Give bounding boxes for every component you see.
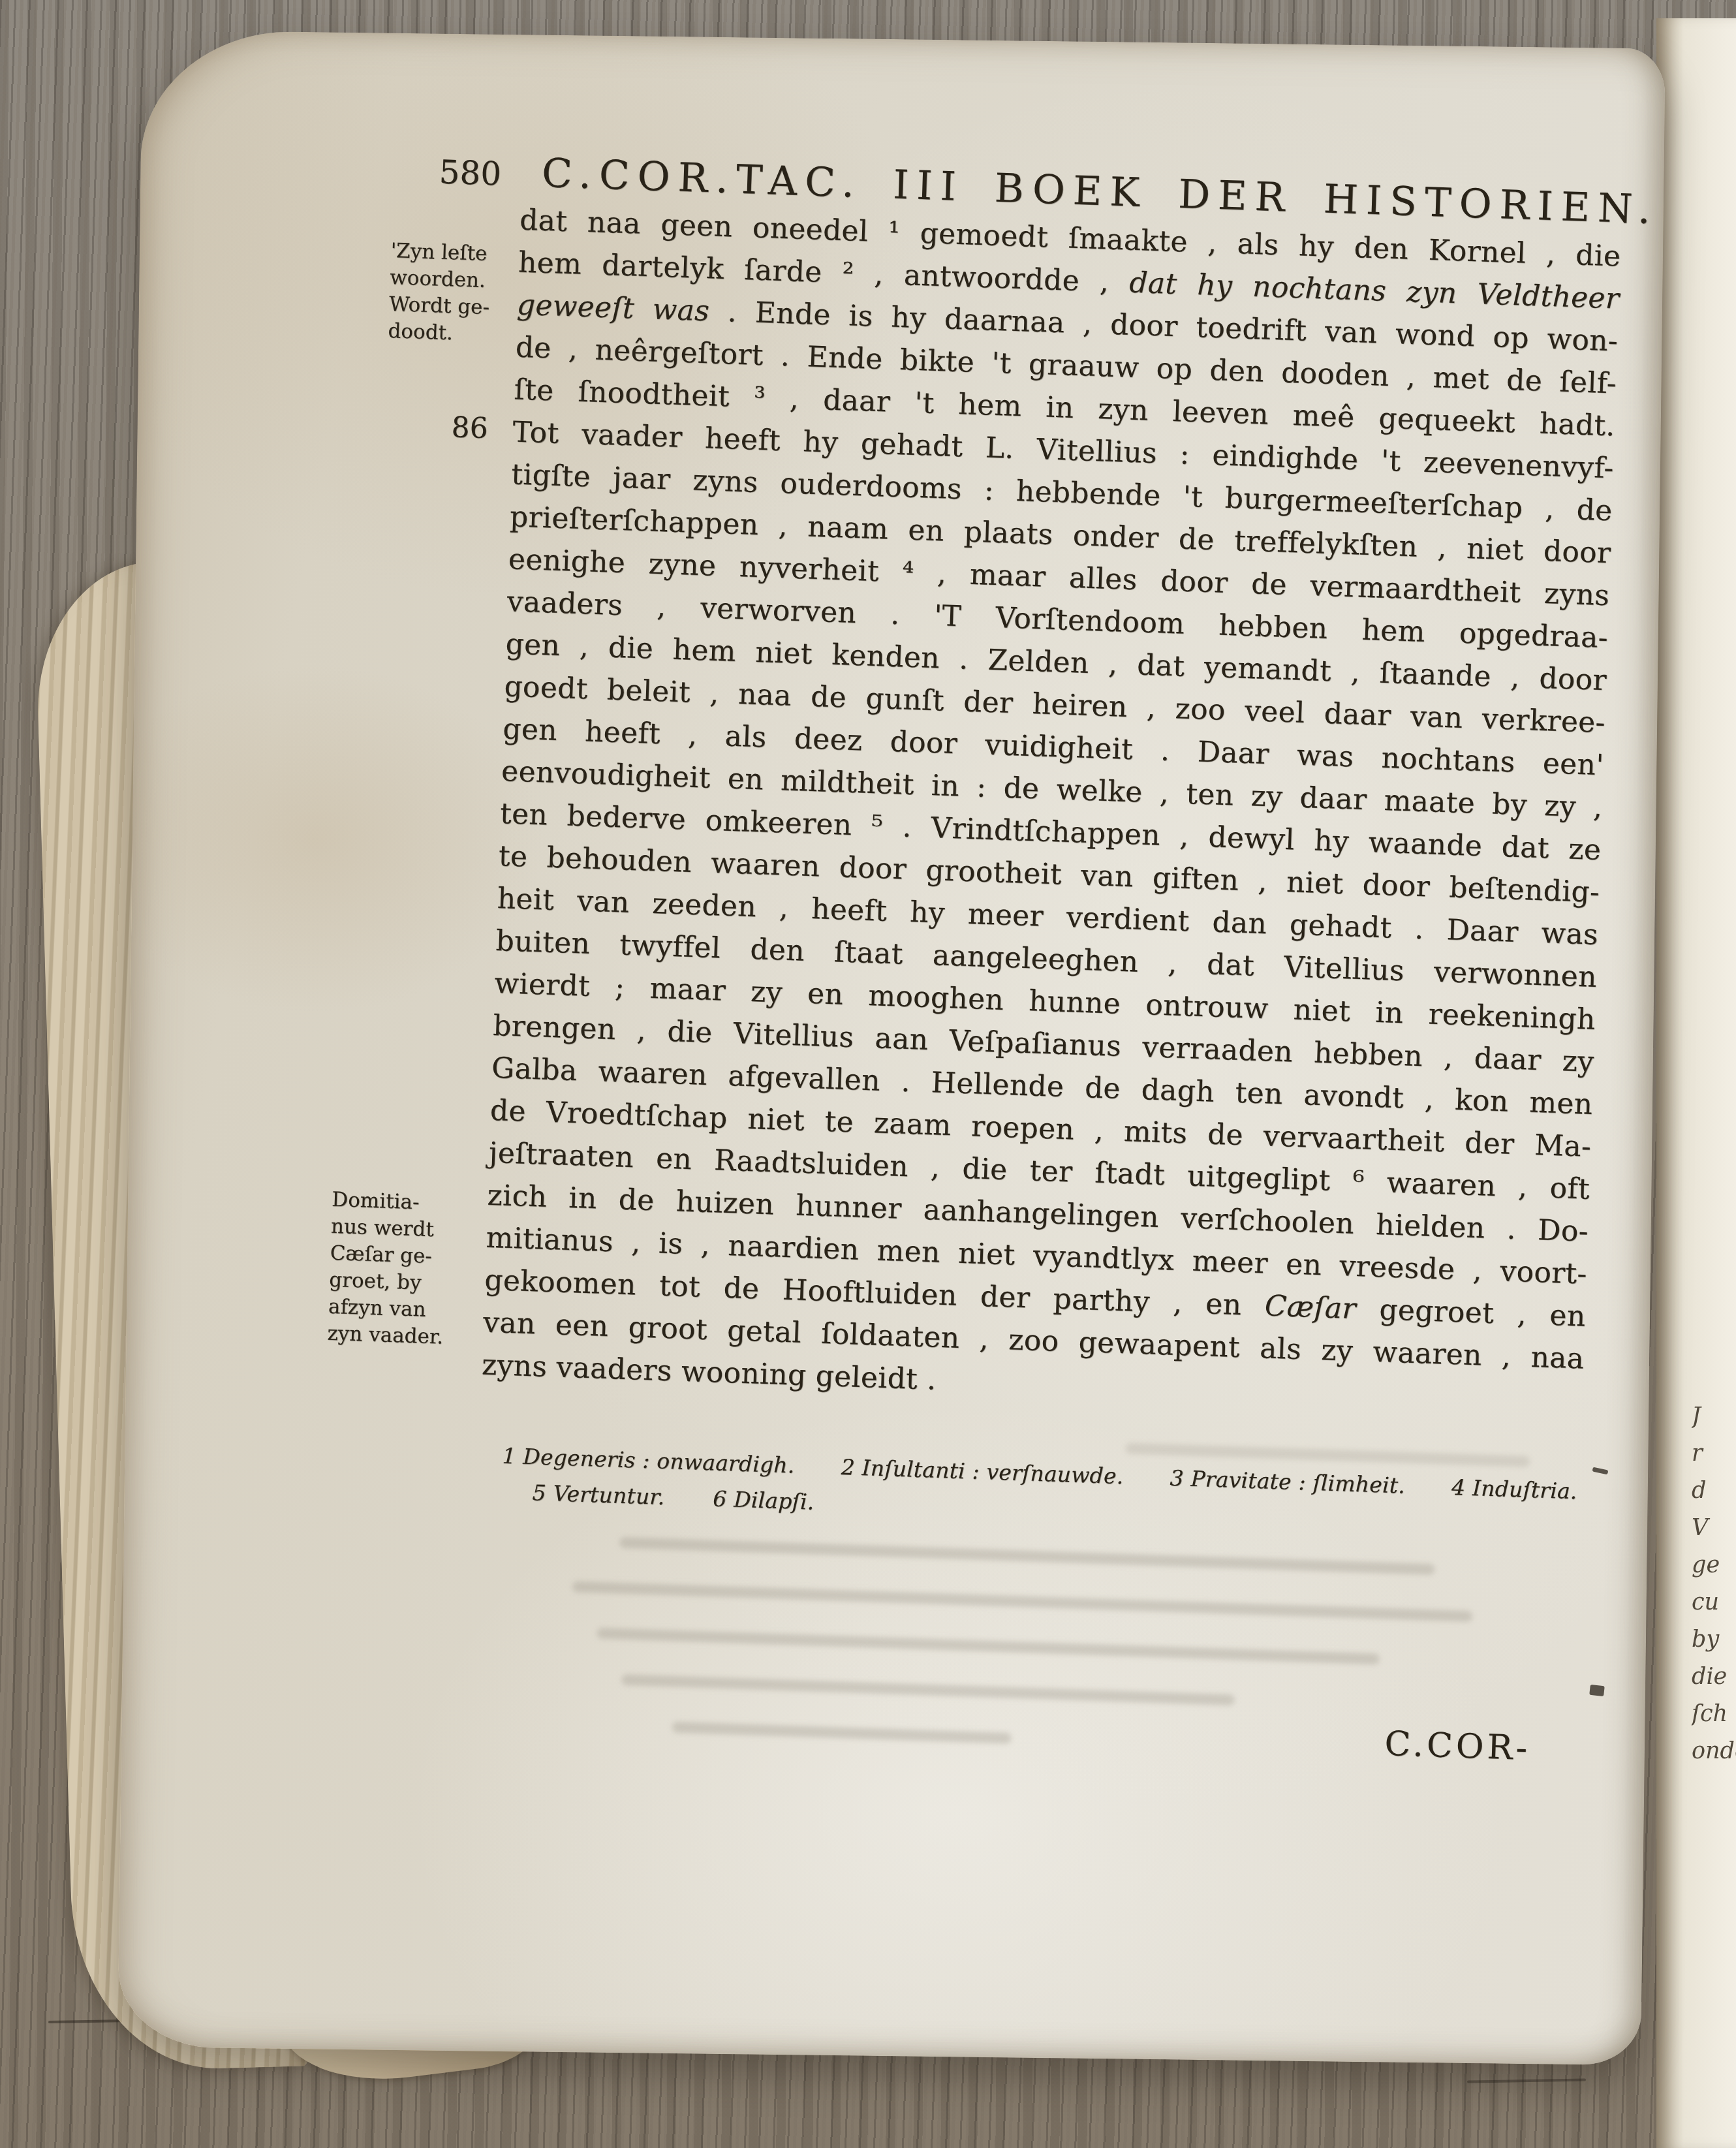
margin-note-domitianus: Domitia-nus werdtCæſar ge-groet, byafzyn… — [327, 1187, 469, 1352]
next-page-text-fragment: J — [1692, 1403, 1736, 1429]
margin-note-line: nus werdt — [330, 1213, 468, 1245]
catchword: C.COR- — [1384, 1724, 1531, 1768]
footnote-item: 6 Dilapſi. — [713, 1486, 814, 1514]
next-page-text-fragment: V — [1692, 1515, 1736, 1541]
margin-note-line: Domitia- — [332, 1187, 469, 1218]
footnote-item: 4 Induſtria. — [1451, 1474, 1578, 1504]
body-text: dat naa geen oneedel ¹ gemoedt ſmaakte ,… — [481, 199, 1621, 1423]
margin-note-line: woorden. — [390, 264, 518, 295]
next-page-text-fragment: ſch — [1692, 1701, 1736, 1727]
next-page-sliver: JrdVgecubydieſchonde — [1656, 18, 1736, 2148]
margin-note-last-words: 'Zyn leſtewoorden.Wordt ge-doodt. — [388, 238, 519, 349]
next-page-text-fragment: die — [1692, 1664, 1736, 1690]
footnote-item: 3 Pravitate : ſlimheit. — [1170, 1465, 1406, 1499]
footnote-item: 5 Vertuntur. — [532, 1480, 665, 1510]
next-page-text-fragment: r — [1692, 1440, 1736, 1467]
footnote-item: 1 Degeneris : onwaardigh. — [502, 1443, 795, 1478]
page-number: 580 — [439, 153, 502, 193]
next-page-text-fragment: d — [1692, 1478, 1736, 1504]
section-number: 86 — [451, 411, 489, 445]
margin-note-line: groet, by — [329, 1267, 467, 1298]
next-page-text-fragment: cu — [1692, 1589, 1736, 1615]
margin-note-line: Wordt ge- — [388, 291, 517, 322]
next-page-text-fragment: onde — [1692, 1738, 1736, 1764]
printed-page-content: 580 C.COR.TAC. III BOEK DER HISTORIEN. '… — [386, 147, 1651, 2117]
photo-of-book-on-table: { "book": { "page_number": "580", "runni… — [0, 0, 1736, 2148]
margin-note-line: afzyn van — [328, 1294, 465, 1325]
margin-note-line: doodt. — [388, 318, 516, 349]
bleed-through-text — [561, 1535, 1605, 1570]
next-page-text-fragment: ge — [1692, 1552, 1736, 1578]
margin-note-line: 'Zyn leſte — [390, 238, 519, 268]
next-page-text-fragment: by — [1692, 1627, 1736, 1653]
margin-note-line: Cæſar ge- — [330, 1240, 467, 1271]
footnote-item: 2 Inſultanti : verſnauwde. — [841, 1454, 1124, 1489]
margin-note-line: zyn vaader. — [327, 1320, 465, 1352]
